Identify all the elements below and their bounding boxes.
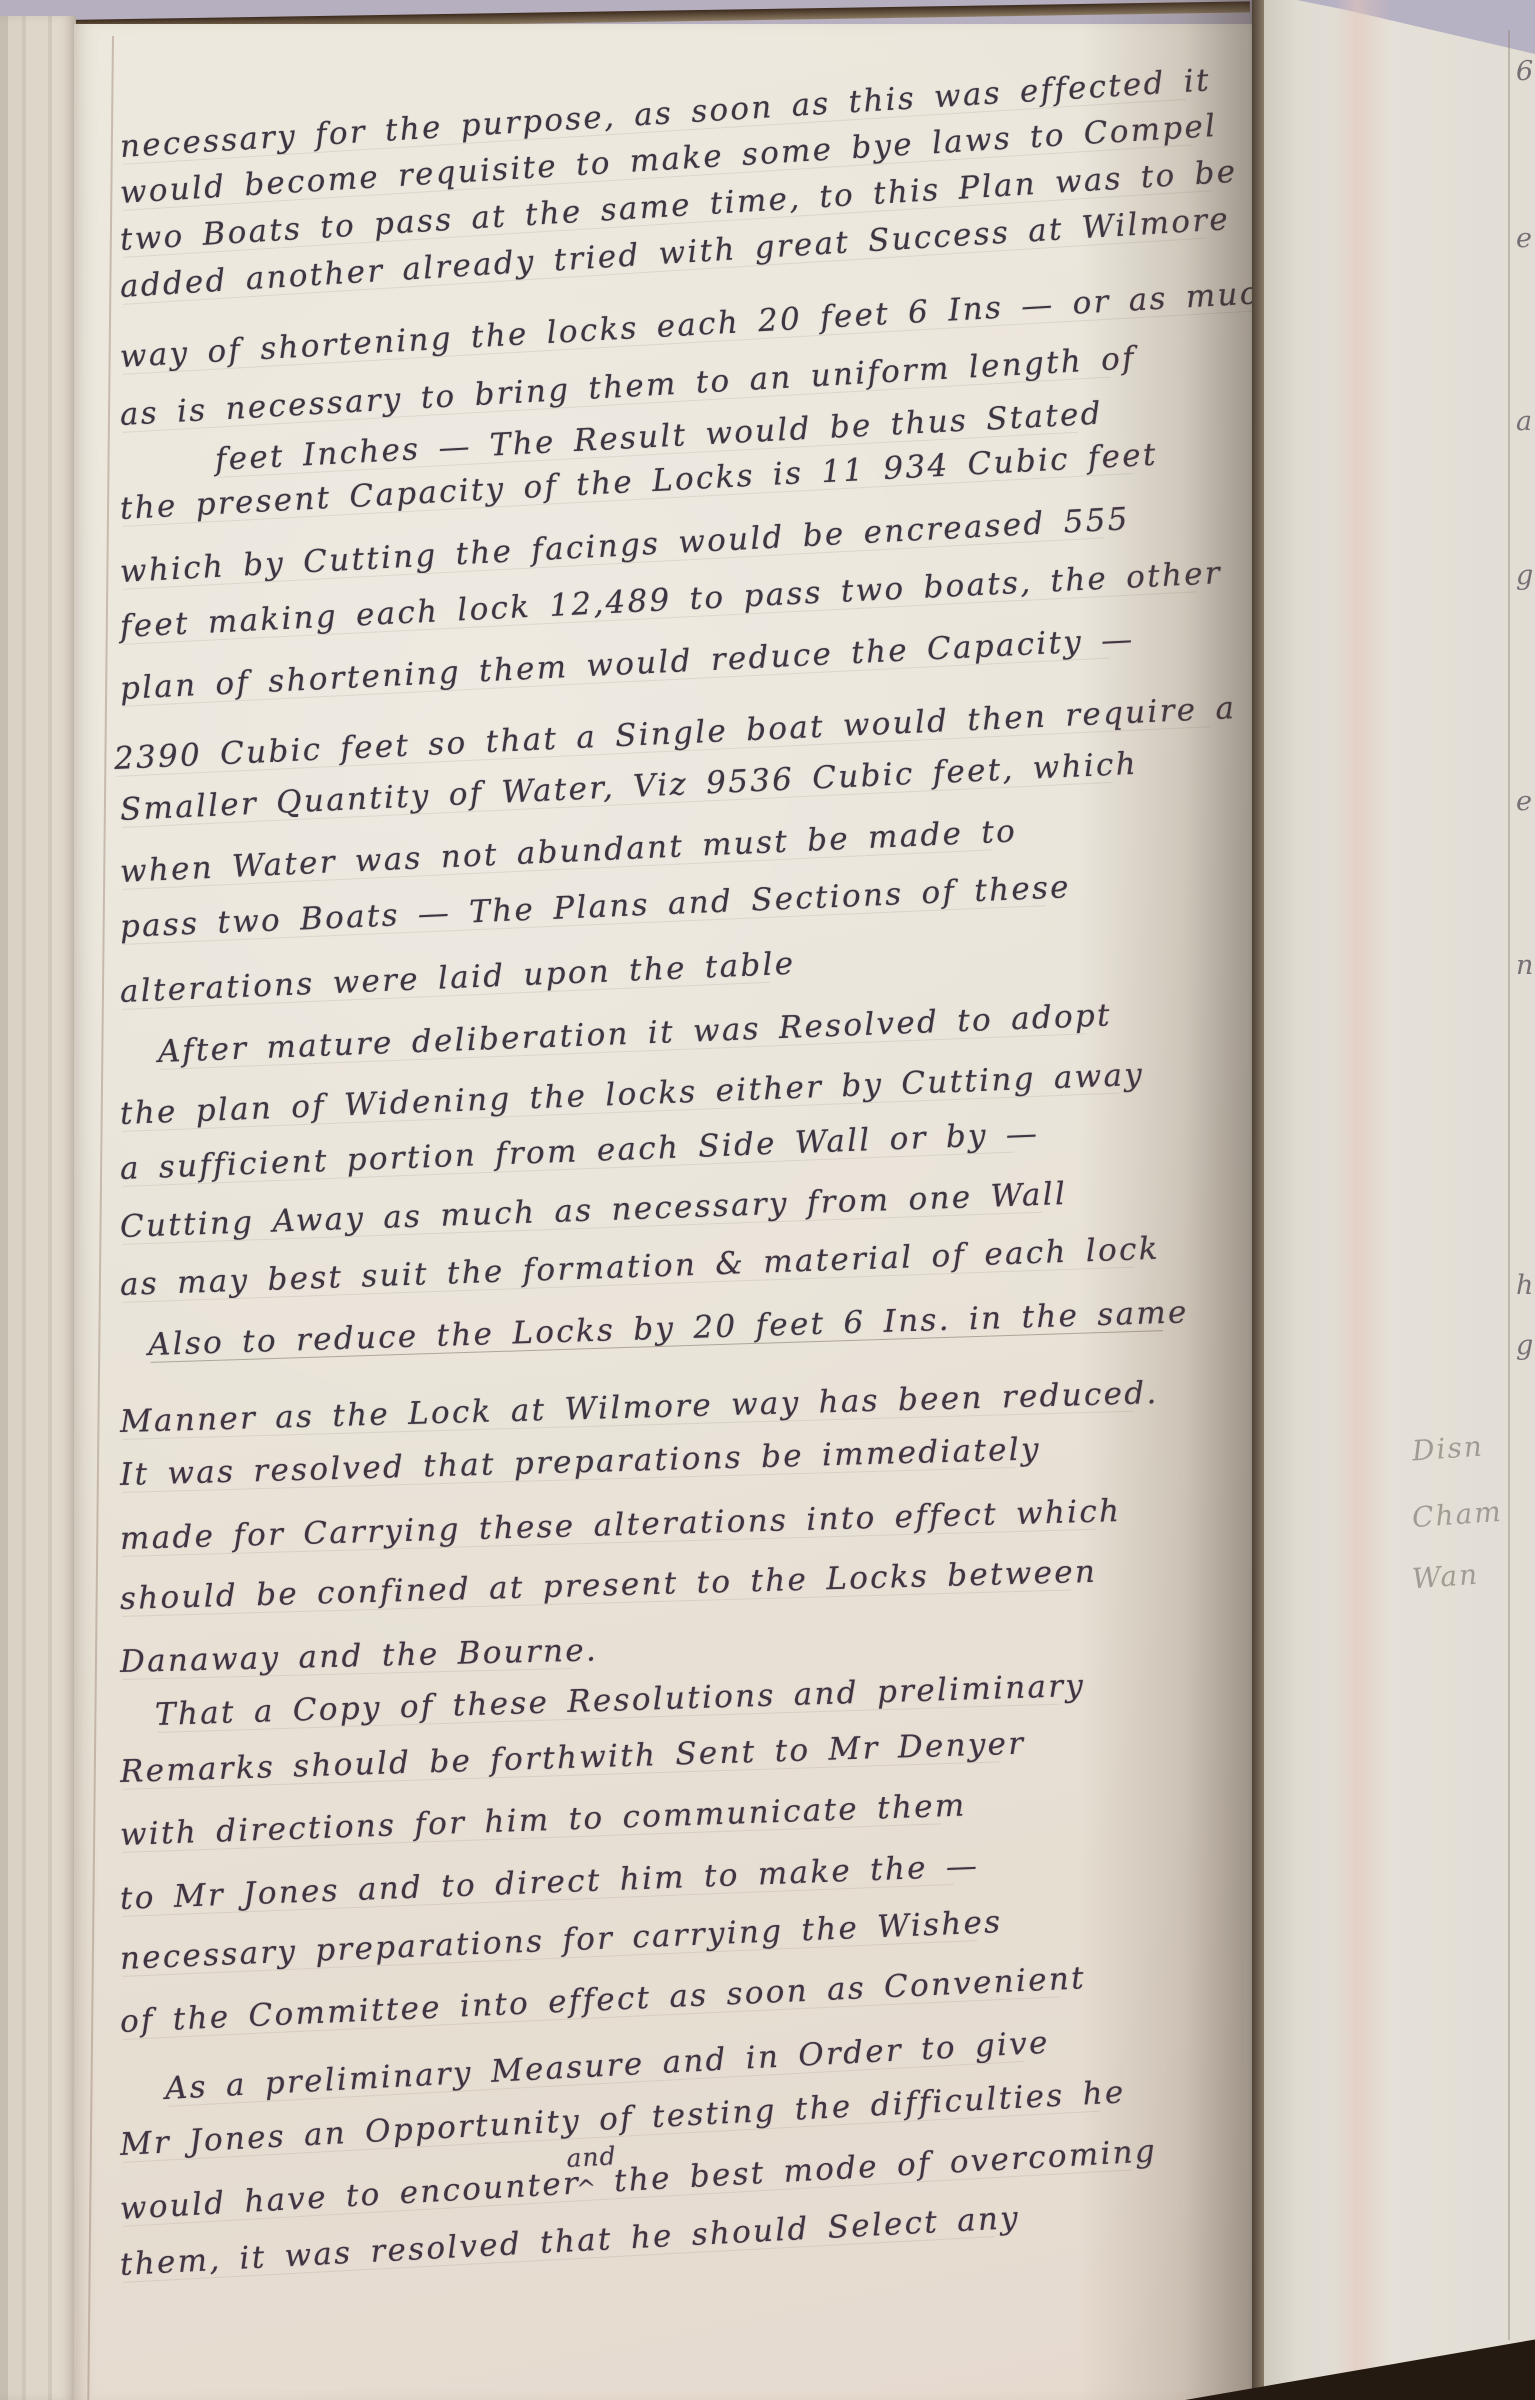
pencil-note: Cham (1411, 1495, 1504, 1535)
book-photograph: necessary for the purpose, as soon as th… (0, 0, 1535, 2400)
binding-crease (1252, 0, 1264, 2400)
edge-text-fragment: a (1516, 408, 1533, 435)
edge-text-fragment: g (1516, 562, 1534, 589)
handwritten-line: with directions for him to communicate t… (119, 1782, 967, 1858)
facing-page-rule-line (1508, 30, 1510, 2340)
handwritten-line: made for Carrying these alterations into… (119, 1488, 1122, 1562)
book-gutter-shadow (1078, 0, 1270, 2400)
inserted-word: and (566, 2143, 617, 2171)
edge-text-fragment: n (1516, 952, 1534, 979)
edge-text-fragment: g (1516, 1332, 1534, 1359)
page-stack-edge (0, 16, 76, 2400)
edge-text-fragment: h (1516, 1272, 1534, 1299)
pencil-note: Wan (1411, 1558, 1480, 1597)
edge-text-fragment: e (1516, 788, 1533, 815)
facing-page: DisnChamWan 6eagenhg (1264, 0, 1535, 2400)
backdrop-top-right (1264, 0, 1535, 54)
pencil-note: Disn (1411, 1430, 1485, 1469)
handwritten-line: Danaway and the Bourne. (119, 1627, 598, 1685)
edge-text-fragment: e (1516, 225, 1533, 252)
handwritten-line: should be confined at present to the Loc… (119, 1549, 1097, 1622)
edge-text-fragment: 6 (1516, 58, 1534, 85)
insertion-point: and^ (579, 2161, 597, 2193)
underleaf-edge (1334, 0, 1392, 2400)
handwritten-line: alterations were laid upon the table (119, 941, 796, 1015)
caret-mark: ^ (576, 2176, 600, 2201)
handwritten-text: necessary for the purpose, as soon as th… (120, 0, 1220, 2400)
